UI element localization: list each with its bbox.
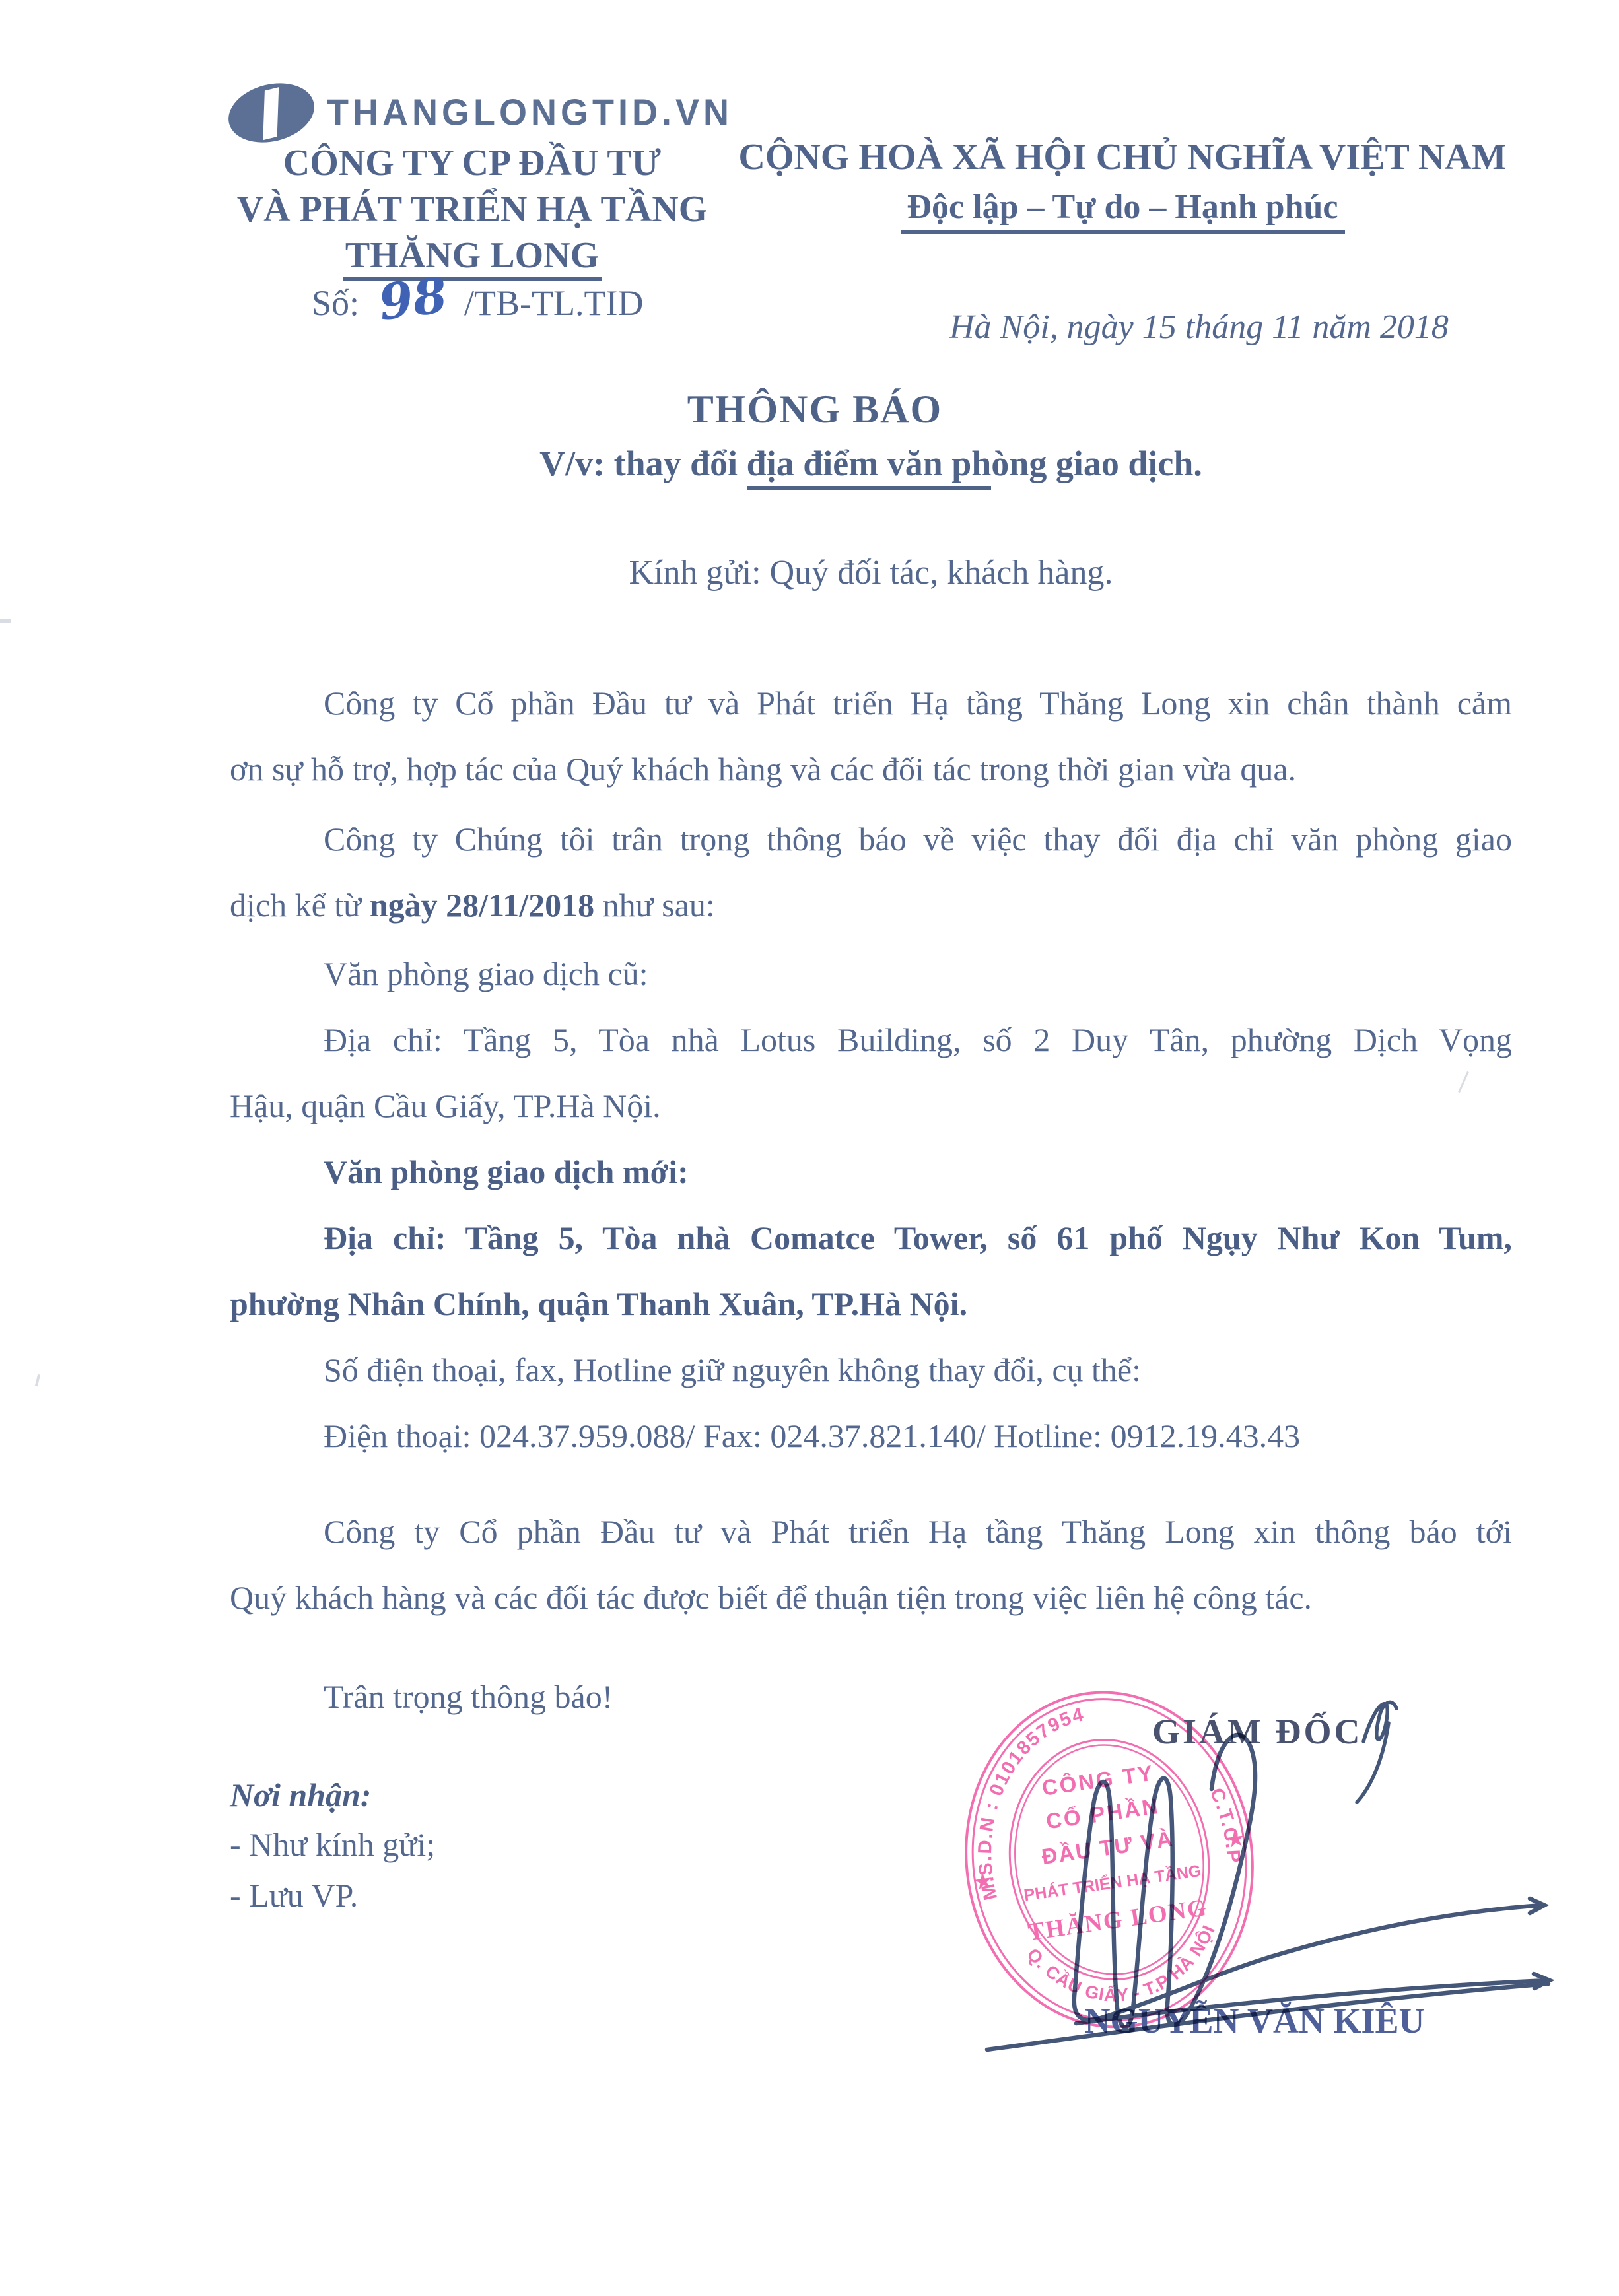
- recipient-item-1: - Như kính gửi;: [230, 1825, 435, 1864]
- document-title: THÔNG BÁO: [174, 387, 1456, 432]
- signature: [961, 1690, 1578, 2060]
- national-header-line1: CỘNG HOÀ XÃ HỘI CHỦ NGHĨA VIỆT NAM: [726, 136, 1519, 178]
- old-office-label: Văn phòng giao dịch cũ:: [230, 941, 1512, 1007]
- recipient-item-2: - Lưu VP.: [230, 1876, 358, 1914]
- new-office-address-line2: phường Nhân Chính, quận Thanh Xuân, TP.H…: [230, 1271, 1512, 1337]
- ref-prefix: Số:: [312, 283, 359, 323]
- date-line: Hà Nội, ngày 15 tháng 11 năm 2018: [949, 308, 1449, 347]
- company-name-block: CÔNG TY CP ĐẦU TƯ VÀ PHÁT TRIỂN HẠ TẦNG …: [218, 140, 726, 281]
- paragraph2-line1: Công ty Chúng tôi trân trọng thông báo v…: [230, 806, 1512, 872]
- signature-initials-flourish: [1357, 1702, 1396, 1802]
- greeting-line: Kính gửi: Quý đối tác, khách hàng.: [230, 553, 1512, 592]
- phone-note-line: Số điện thoại, fax, Hotline giữ nguyên k…: [230, 1337, 1512, 1403]
- paragraph1-line1: Công ty Cổ phần Đầu tư và Phát triển Hạ …: [230, 670, 1512, 736]
- new-office-label: Văn phòng giao dịch mới:: [230, 1139, 1512, 1205]
- old-office-address-line1: Địa chỉ: Tầng 5, Tòa nhà Lotus Building,…: [230, 1007, 1512, 1073]
- company-logo: THANGLONGTID.VN: [228, 84, 733, 141]
- letter-page: THANGLONGTID.VN CÔNG TY CP ĐẦU TƯ VÀ PHÁ…: [0, 0, 1619, 2296]
- company-name-line3: THĂNG LONG: [218, 232, 726, 281]
- paragraph2-line2: dịch kể từ ngày 28/11/2018 như sau:: [230, 872, 1512, 938]
- scan-artifact: [35, 1374, 40, 1386]
- paragraph3-line1: Công ty Cổ phần Đầu tư và Phát triển Hạ …: [230, 1499, 1512, 1565]
- signature-underline-stroke: [987, 1984, 1548, 2050]
- scan-artifact: [0, 619, 11, 623]
- national-header: CỘNG HOÀ XÃ HỘI CHỦ NGHĨA VIỆT NAM Độc l…: [726, 136, 1519, 234]
- new-office-address-line1: Địa chỉ: Tầng 5, Tòa nhà Comatce Tower, …: [230, 1205, 1512, 1271]
- paragraph3-line2: Quý khách hàng và các đối tác được biết …: [230, 1565, 1512, 1631]
- ref-suffix: /TB-TL.TID: [464, 283, 643, 323]
- reference-number-line: Số: 98 /TB-TL.TID: [312, 283, 643, 339]
- company-name-line1: CÔNG TY CP ĐẦU TƯ: [218, 140, 726, 186]
- document-subject: V/v: thay đổi địa điểm văn phòng giao dị…: [230, 443, 1512, 484]
- paragraph1-line2: ơn sự hỗ trợ, hợp tác của Quý khách hàng…: [230, 736, 1512, 802]
- letter-body: Công ty Cổ phần Đầu tư và Phát triển Hạ …: [230, 670, 1512, 1730]
- logo-domain-text: THANGLONGTID.VN: [327, 92, 733, 134]
- national-header-line2: Độc lập – Tự do – Hạnh phúc: [726, 187, 1519, 234]
- recipients-label: Nơi nhận:: [230, 1776, 371, 1814]
- old-office-address-line2: Hậu, quận Cầu Giấy, TP.Hà Nội.: [230, 1073, 1512, 1139]
- company-name-line2: VÀ PHÁT TRIỂN HẠ TẦNG: [218, 186, 726, 232]
- phone-numbers-line: Điện thoại: 024.37.959.088/ Fax: 024.37.…: [230, 1403, 1512, 1469]
- title-block: THÔNG BÁO V/v: thay đổi địa điểm văn phò…: [230, 387, 1512, 484]
- ref-number-handwritten: 98: [376, 267, 450, 331]
